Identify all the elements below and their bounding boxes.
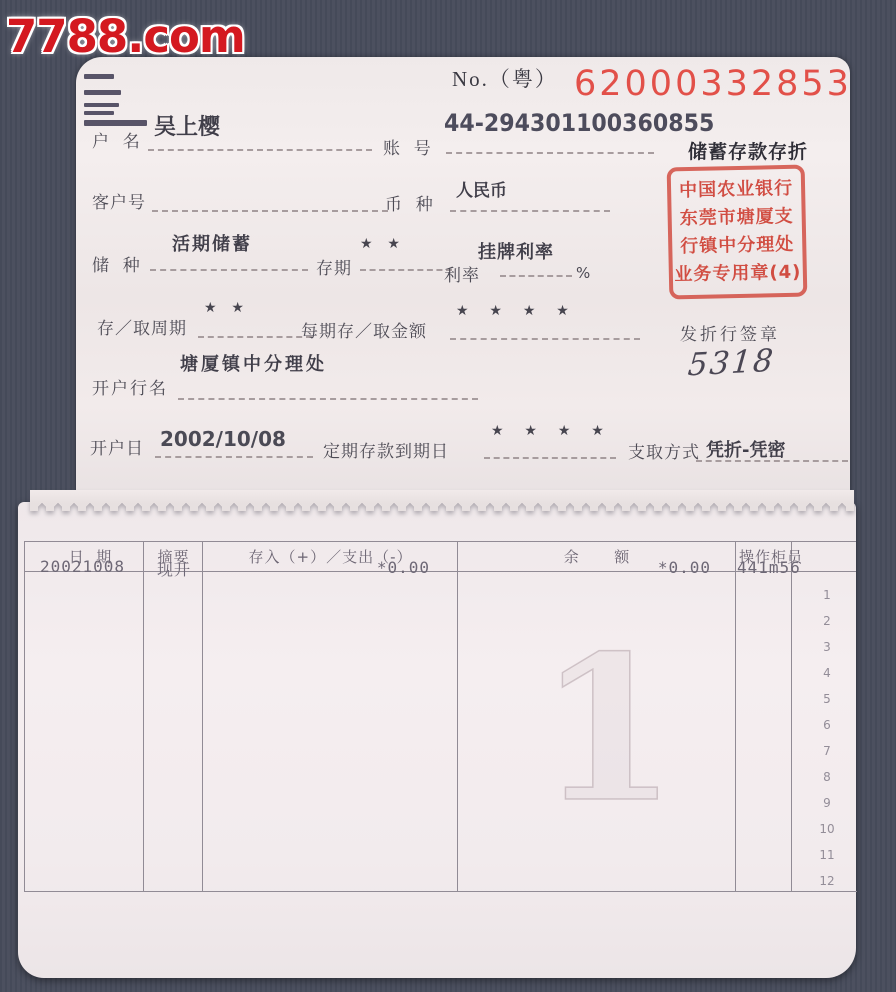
entry-date: 20021008 [40,557,150,576]
line-number: 9 [823,796,831,810]
currency-label: 币 种 [385,190,434,215]
line-number: 1 [823,588,831,602]
cycle-label: 存／取周期 [97,314,187,339]
opening-branch-label: 开户行名 [92,374,168,399]
rate-value: 挂牌利率 [478,238,554,264]
table-line [24,541,856,542]
line-number: 11 [819,848,834,862]
dotted-underline [696,460,848,462]
stamp-line: 东莞市塘厦支 [671,203,802,234]
table-line [202,541,203,891]
passbook-upper-page: No.（粤） 62000332853 吴上樱 户 名 44-2943011003… [76,57,850,494]
opening-date-label: 开户日 [90,434,144,459]
per-period-amount-value: ★ ★ ★ ★ [456,303,577,319]
dotted-underline [484,457,616,459]
term-label: 存期 [316,254,352,279]
cycle-value: ★ ★ [204,300,249,316]
dotted-underline [500,275,572,277]
dotted-underline [150,269,308,271]
table-line [791,541,792,891]
line-number: 3 [823,640,831,654]
opening-branch-value: 塘厦镇中分理处 [180,350,327,376]
line-number: 10 [819,822,834,836]
dotted-underline [450,338,640,340]
entry-memo: 现开 [146,557,202,580]
line-number: 8 [823,770,831,784]
dotted-underline [446,152,654,154]
issuing-branch-seal-label: 发折行签章 [680,320,780,345]
line-number: 7 [823,744,831,758]
dotted-underline [152,210,388,212]
table-line [143,541,144,891]
line-number: 12 [819,874,834,888]
maturity-label: 定期存款到期日 [323,437,449,462]
table-line [24,541,25,891]
account-number-label: 账 号 [383,134,432,159]
rate-unit: % [576,264,591,282]
account-name-label: 户 名 [92,127,141,152]
ledger-line-numbers: 1 2 3 4 5 6 7 8 9 10 11 12 [813,588,841,888]
account-name-value: 吴上樱 [154,110,220,141]
deposit-type-label: 储 种 [92,251,141,276]
stamp-line: 业务专用章(4) [673,259,804,290]
photo-background: { "site_watermark": { "text": "7788.com"… [0,0,896,992]
entry-amount: *0.00 [318,558,430,577]
dotted-underline [360,269,452,271]
dotted-underline [450,210,610,212]
perforated-edge [30,490,854,503]
dotted-underline [198,336,312,338]
table-line [24,891,857,892]
table-line [735,541,736,891]
entry-balance: *0.00 [598,558,711,577]
per-period-amount-label: 每期存／取金额 [301,317,427,342]
bank-branch-stamp: 中国农业银行 东莞市塘厦支 行镇中分理处 业务专用章(4) [667,165,808,300]
maturity-value: ★ ★ ★ ★ [491,423,612,439]
stamp-line: 中国农业银行 [671,175,802,206]
passbook-ledger-page: 日 期 摘要 存入（+）／支出（-） 余 额 操作柜员 20021008 现开 … [18,502,856,978]
customer-number-label: 客户号 [92,188,146,213]
opening-date-value: 2002/10/08 [160,427,286,451]
account-number-value: 44-294301100360855 [444,109,714,137]
dotted-underline [155,456,313,458]
line-number: 4 [823,666,831,680]
withdrawal-method-label: 支取方式 [628,438,700,463]
table-line [457,541,458,891]
dotted-underline [148,149,372,151]
line-number: 6 [823,718,831,732]
serial-number: 62000332853 [574,64,852,104]
deposit-type-value: 活期储蓄 [172,230,252,256]
binding-bars-mark [84,57,148,129]
site-watermark-logo: 7788.com [6,10,245,63]
entry-teller: 441m56 [737,558,821,577]
passbook-title: 储蓄存款存折 [688,137,808,164]
dotted-underline [178,398,478,400]
stamp-line: 行镇中分理处 [672,231,803,262]
line-number: 5 [823,692,831,706]
serial-prefix: No.（粤） [452,63,558,93]
page-number-watermark: 1 [538,630,677,830]
line-number: 2 [823,614,831,628]
currency-value: 人民币 [456,176,507,201]
rate-label: 利率 [444,261,480,286]
handwritten-seal-number: 5318 [686,343,776,384]
term-value: ★ ★ [360,236,405,252]
withdrawal-method-value: 凭折-凭密 [706,436,785,462]
